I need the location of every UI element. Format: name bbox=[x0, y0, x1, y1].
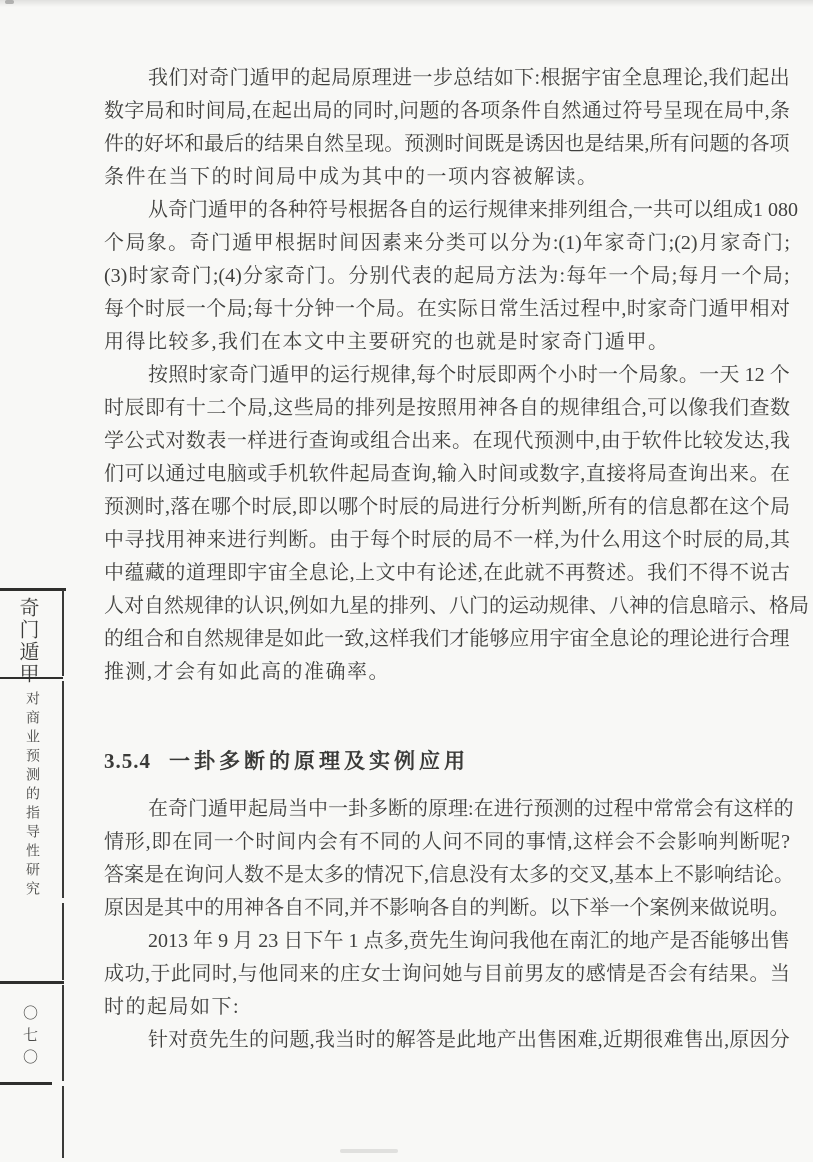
text-line: 原因是其中的用神各自不同,并不影响各自的判断。以下举一个案例来做说明。 bbox=[104, 892, 790, 925]
paragraph: 从奇门遁甲的各种符号根据各自的运行规律来排列组合,一共可以组成1 080个局象。… bbox=[104, 194, 790, 359]
heading-number: 3.5.4 bbox=[104, 749, 151, 773]
sidebar-rule-top bbox=[0, 588, 66, 591]
text-line: 学公式对数表一样进行查询或组合出来。在现代预测中,由于软件比较发达,我 bbox=[104, 425, 790, 458]
text-line: 条件在当下的时间局中成为其中的一项内容被解读。 bbox=[104, 161, 790, 194]
paragraph: 针对贲先生的问题,我当时的解答是此地产出售困难,近期很难售出,原因分 bbox=[104, 1024, 790, 1057]
sidebar-book-subtitle-vertical: 对商业预测的指导性研究 bbox=[21, 691, 41, 900]
text-line: 答案是在询问人数不是太多的情况下,信息没有太多的交叉,基本上不影响结论。 bbox=[104, 859, 790, 892]
paragraph: 在奇门遁甲起局当中一卦多断的原理:在进行预测的过程中常常会有这样的情形,即在同一… bbox=[104, 793, 790, 925]
scanned-book-page: 奇门遁甲 对商业预测的指导性研究 〇七〇 我们对奇门遁甲的起局原理进一步总结如下… bbox=[0, 0, 813, 1162]
paragraph: 2013 年 9 月 23 日下午 1 点多,贲先生询问我他在南汇的地产是否能够… bbox=[104, 925, 790, 1024]
text-line: 中蕴藏的道理即宇宙全息论,上文中有论述,在此就不再赘述。我们不得不说古 bbox=[104, 557, 790, 590]
text-line: 2013 年 9 月 23 日下午 1 点多,贲先生询问我他在南汇的地产是否能够… bbox=[104, 925, 790, 958]
page-number-vertical: 〇七〇 bbox=[19, 1005, 40, 1071]
paragraph: 按照时家奇门遁甲的运行规律,每个时辰即两个小时一个局象。一天 12 个时辰即有十… bbox=[104, 359, 790, 689]
sidebar-rule-under-title bbox=[0, 677, 63, 679]
text-line: 我们对奇门遁甲的起局原理进一步总结如下:根据宇宙全息理论,我们起出 bbox=[104, 62, 790, 95]
text-line: 中寻找用神来进行判断。由于每个时辰的局不一样,为什么用这个时辰的局,其 bbox=[104, 524, 790, 557]
sidebar-rule-below-page-number bbox=[0, 1082, 52, 1085]
sidebar-book-title-vertical: 奇门遁甲 bbox=[13, 597, 42, 685]
text-line: 时的起局如下: bbox=[104, 991, 790, 1024]
text-line: 的组合和自然规律是如此一致,这样我们才能够应用宇宙全息论的理论进行合理 bbox=[104, 623, 790, 656]
text-line: 人对自然规律的认识,例如九星的排列、八门的运动规律、八神的信息暗示、格局 bbox=[104, 590, 790, 623]
text-line: 时辰即有十二个局,这些局的排列是按照用神各自的规律组合,可以像我们查数 bbox=[104, 392, 790, 425]
text-line: 推测,才会有如此高的准确率。 bbox=[104, 656, 790, 689]
scan-speck bbox=[5, 0, 14, 4]
sidebar-rule-above-page-number bbox=[0, 981, 64, 984]
text-line: 件的好坏和最后的结果自然呈现。预测时间既是诱因也是结果,所有问题的各项 bbox=[104, 128, 790, 161]
text-line: 们可以通过电脑或手机软件起局查询,输入时间或数字,直接将局查询出来。在 bbox=[104, 458, 790, 491]
text-line: 在奇门遁甲起局当中一卦多断的原理:在进行预测的过程中常常会有这样的 bbox=[104, 793, 790, 826]
text-line: 针对贲先生的问题,我当时的解答是此地产出售困难,近期很难售出,原因分 bbox=[104, 1024, 790, 1057]
paragraph: 我们对奇门遁甲的起局原理进一步总结如下:根据宇宙全息理论,我们起出数字局和时间局… bbox=[104, 62, 790, 194]
text-line: 从奇门遁甲的各种符号根据各自的运行规律来排列组合,一共可以组成1 080 bbox=[104, 194, 790, 227]
text-line: 成功,于此同时,与他同来的庄女士询问她与目前男友的感情是否会有结果。当 bbox=[104, 958, 790, 991]
text-line: 个局象。奇门遁甲根据时间因素来分类可以分为:(1)年家奇门;(2)月家奇门; bbox=[104, 227, 790, 260]
text-line: 数字局和时间局,在起出局的同时,问题的各项条件自然通过符号呈现在局中,条 bbox=[104, 95, 790, 128]
heading-title: 一卦多断的原理及实例应用 bbox=[169, 749, 469, 773]
body-text: 我们对奇门遁甲的起局原理进一步总结如下:根据宇宙全息理论,我们起出数字局和时间局… bbox=[104, 62, 790, 1057]
section-heading: 3.5.4一卦多断的原理及实例应用 bbox=[104, 745, 790, 778]
text-line: 用得比较多,我们在本文中主要研究的也就是时家奇门遁甲。 bbox=[104, 326, 790, 359]
sidebar-vertical-line bbox=[62, 590, 64, 676]
text-line: 按照时家奇门遁甲的运行规律,每个时辰即两个小时一个局象。一天 12 个 bbox=[104, 359, 790, 392]
text-line: 情形,即在同一个时间内会有不同的人问不同的事情,这样会不会影响判断呢? bbox=[104, 826, 790, 859]
sidebar-vertical-line bbox=[62, 681, 64, 898]
text-line: 每个时辰一个局;每十分钟一个局。在实际日常生活过程中,时家奇门遁甲相对 bbox=[104, 293, 790, 326]
sidebar-vertical-line bbox=[62, 985, 64, 1081]
sidebar-vertical-line bbox=[62, 1086, 64, 1158]
scan-smudge bbox=[340, 1149, 398, 1153]
text-line: 预测时,落在哪个时辰,即以哪个时辰的局进行分析判断,所有的信息都在这个局 bbox=[104, 491, 790, 524]
text-line: (3)时家奇门;(4)分家奇门。分别代表的起局方法为:每年一个局;每月一个局; bbox=[104, 260, 790, 293]
sidebar-vertical-line bbox=[62, 903, 64, 980]
